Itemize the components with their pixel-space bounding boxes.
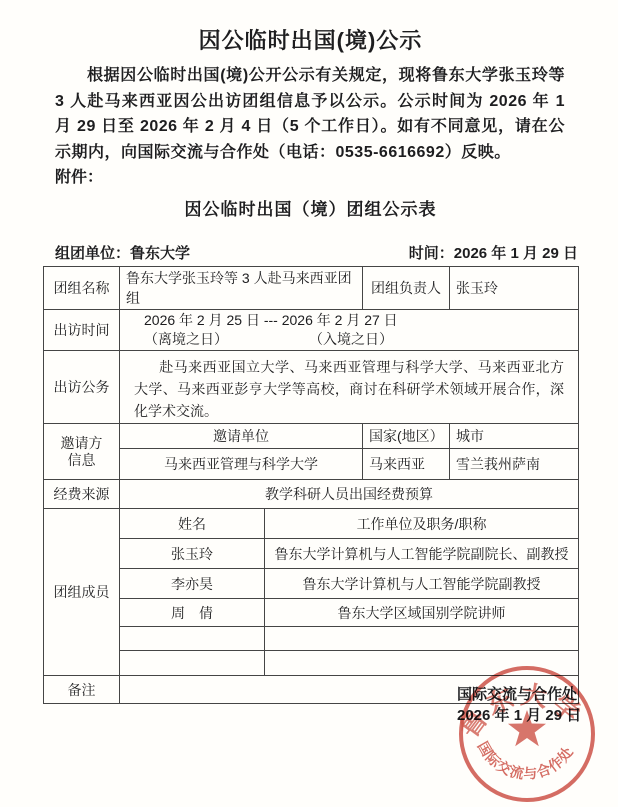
country-header: 国家(地区） (363, 424, 450, 449)
purpose-value-cell: 赴马来西亚国立大学、马来西亚管理与科学大学、马来西亚北方大学、马来西亚彭亨大学等… (120, 351, 579, 424)
member-title: 鲁东大学计算机与人工智能学院副院长、副教授 (265, 539, 579, 569)
document-page: 因公临时出国(境)公示 根据因公临时出国(境)公开公示有关规定，现将鲁东大学张玉… (0, 0, 618, 807)
member-name (120, 651, 265, 676)
member-row (44, 627, 579, 651)
members-label: 团组成员 (44, 509, 120, 676)
table-row: 马来西亚管理与科学大学 马来西亚 雪兰莪州萨南 (44, 449, 579, 480)
member-name: 李亦昊 (120, 569, 265, 599)
official-seal-stamp: 鲁东大学 国际交流与合作处 (451, 658, 603, 807)
funding-label: 经费来源 (44, 480, 120, 509)
form-title: 因公临时出国（境）团组公示表 (43, 195, 578, 220)
member-name (120, 627, 265, 651)
form-meta-row: 组团单位：鲁东大学 时间：2026 年 1 月 29 日 (43, 242, 578, 263)
remarks-label: 备注 (44, 676, 120, 704)
member-name: 周 倩 (120, 599, 265, 627)
visit-time-value: 2026 年 2 月 25 日 --- 2026 年 2 月 27 日 （离境之… (120, 310, 579, 351)
member-title: 鲁东大学区域国别学院讲师 (265, 599, 579, 627)
purpose-label: 出访公务 (44, 351, 120, 424)
table-row: 出访公务 赴马来西亚国立大学、马来西亚管理与科学大学、马来西亚北方大学、马来西亚… (44, 351, 579, 424)
city-value: 雪兰莪州萨南 (450, 449, 579, 480)
seal-bottom-text: 国际交流与合作处 (475, 739, 577, 782)
inviter-unit-value: 马来西亚管理与科学大学 (120, 449, 363, 480)
org-unit-text: 组团单位：鲁东大学 (43, 242, 190, 263)
inviter-label: 邀请方 信息 (44, 424, 120, 480)
seal-star-icon (508, 710, 546, 746)
announcement-paragraph: 根据因公临时出国(境)公开公示有关规定，现将鲁东大学张玉玲等 3 人赴马来西亚因… (55, 63, 565, 165)
member-title-header: 工作单位及职务/职称 (265, 509, 579, 539)
table-row: 团组名称 鲁东大学张玉玲等 3 人赴马来西亚团组 团组负责人 张玉玲 (44, 267, 579, 310)
city-header: 城市 (450, 424, 579, 449)
member-name: 张玉玲 (120, 539, 265, 569)
purpose-value: 赴马来西亚国立大学、马来西亚管理与科学大学、马来西亚北方大学、马来西亚彭亨大学等… (126, 352, 572, 422)
member-name-header: 姓名 (120, 509, 265, 539)
form-date-text: 时间：2026 年 1 月 29 日 (409, 242, 578, 263)
depart-note: （离境之日） (144, 331, 228, 347)
leader-value: 张玉玲 (450, 267, 579, 310)
table-row: 邀请方 信息 邀请单位 国家(地区） 城市 (44, 424, 579, 449)
delegation-table: 团组名称 鲁东大学张玉玲等 3 人赴马来西亚团组 团组负责人 张玉玲 出访时间 … (43, 266, 579, 704)
inviter-unit-header: 邀请单位 (120, 424, 363, 449)
attachment-label: 附件： (55, 165, 578, 191)
member-title (265, 627, 579, 651)
table-row: 团组成员 姓名 工作单位及职务/职称 (44, 509, 579, 539)
visit-time-label: 出访时间 (44, 310, 120, 351)
table-row: 出访时间 2026 年 2 月 25 日 --- 2026 年 2 月 27 日… (44, 310, 579, 351)
member-title: 鲁东大学计算机与人工智能学院副教授 (265, 569, 579, 599)
member-row: 张玉玲 鲁东大学计算机与人工智能学院副院长、副教授 (44, 539, 579, 569)
group-name-value: 鲁东大学张玉玲等 3 人赴马来西亚团组 (120, 267, 363, 310)
visit-date-notes: （离境之日）（入境之日） (126, 330, 572, 349)
visit-dates: 2026 年 2 月 25 日 --- 2026 年 2 月 27 日 (126, 311, 572, 330)
leader-label: 团组负责人 (363, 267, 450, 310)
doc-title: 因公临时出国(境)公示 (43, 24, 578, 55)
return-note: （入境之日） (316, 331, 393, 347)
country-value: 马来西亚 (363, 449, 450, 480)
funding-value: 教学科研人员出国经费预算 (120, 480, 579, 509)
member-row: 周 倩 鲁东大学区域国别学院讲师 (44, 599, 579, 627)
member-row: 李亦昊 鲁东大学计算机与人工智能学院副教授 (44, 569, 579, 599)
group-name-label: 团组名称 (44, 267, 120, 310)
table-row: 经费来源 教学科研人员出国经费预算 (44, 480, 579, 509)
